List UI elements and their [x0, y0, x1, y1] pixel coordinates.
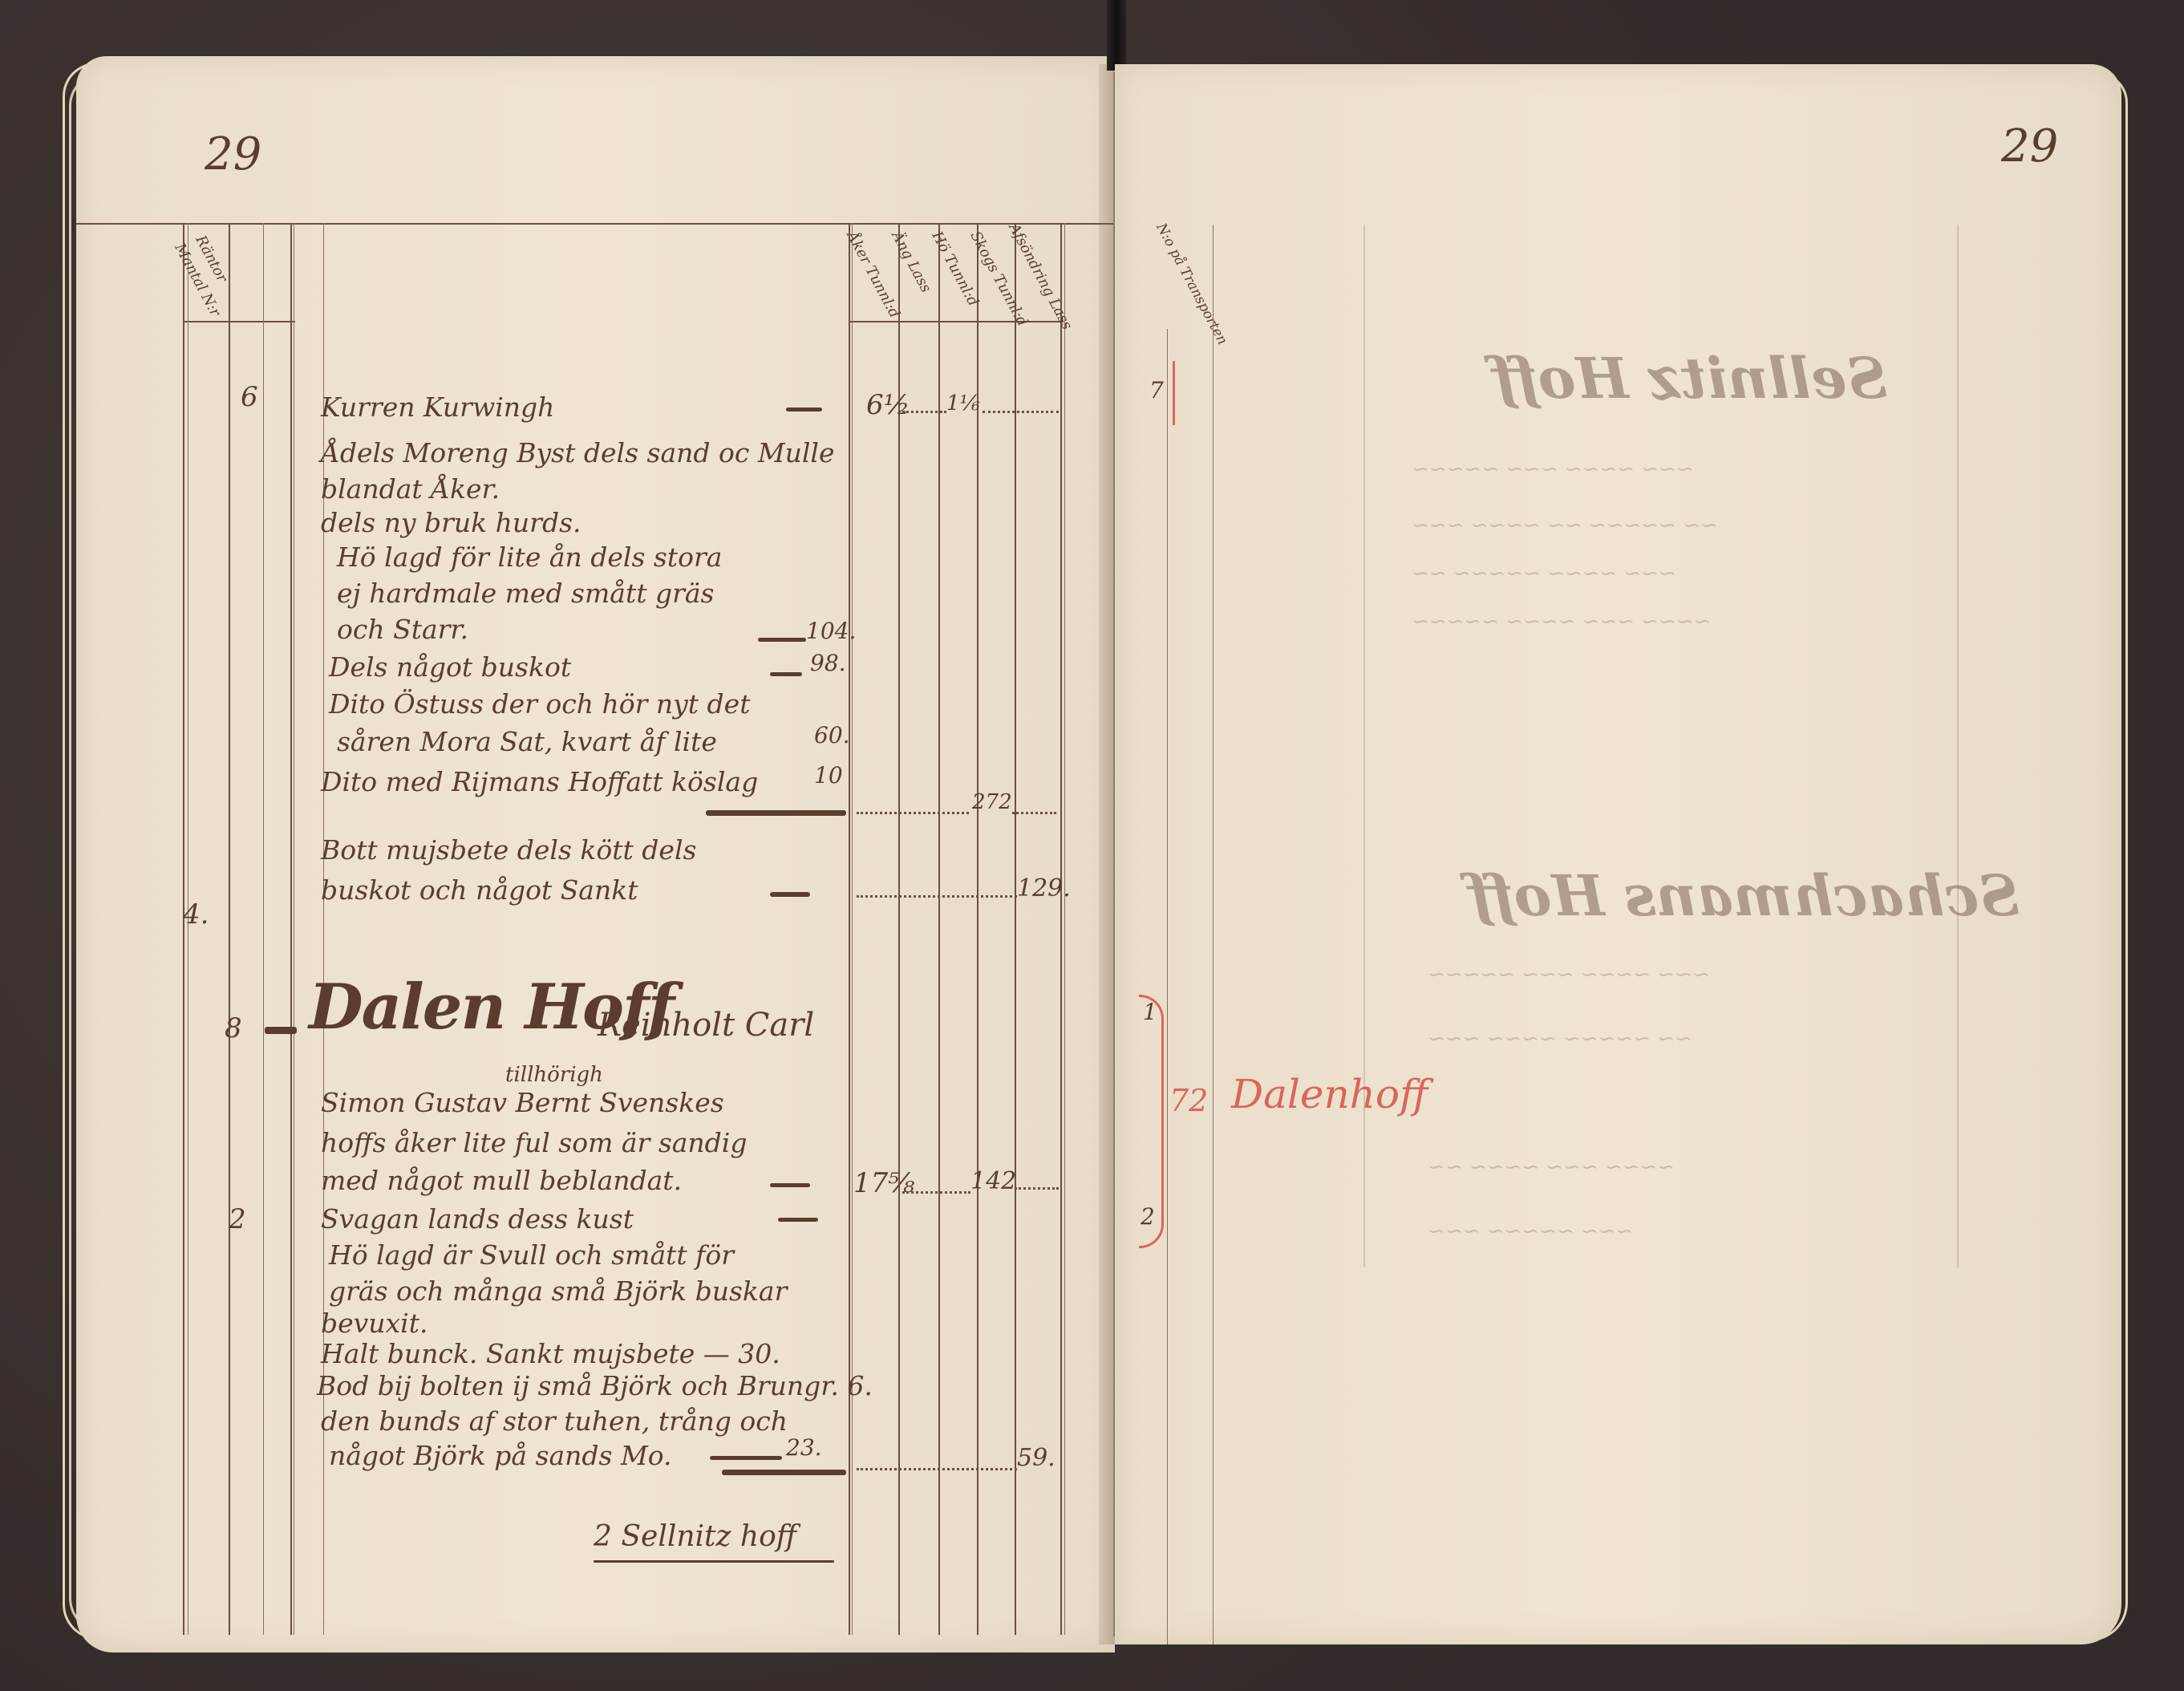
- entry-line: hoffs åker lite ful som är sandig: [321, 1127, 747, 1158]
- offset-text: ~~~~ ~~~ ~~~~ ~~~~~: [1412, 610, 1711, 634]
- col-value-afsondring: 59.: [1017, 1444, 1056, 1472]
- entry-line: Halt bunck. Sankt mujsbete — 30.: [321, 1338, 780, 1369]
- line-amount: 60.: [814, 722, 850, 748]
- sum-underline: [706, 810, 846, 816]
- entry-line: den bunds af stor tuhen, trång och: [321, 1405, 788, 1437]
- red-total-number: 72: [1169, 1083, 1208, 1118]
- line-amount: 104.: [806, 618, 856, 644]
- dotted-leader: [983, 411, 1059, 413]
- offset-text: ~~~ ~~~~ ~~~ ~~~~~: [1428, 963, 1710, 987]
- line-amount: 98.: [810, 650, 846, 676]
- dotted-leader: [1015, 1187, 1059, 1190]
- entry-line: Svagan lands dess kust: [321, 1203, 634, 1235]
- transport-number: 7: [1149, 377, 1164, 403]
- right-margin-rule-2: [1213, 225, 1214, 1644]
- entry-line: Hö lagd är Svull och smått för: [329, 1239, 734, 1271]
- col-value-aker: 17⅝: [853, 1167, 914, 1199]
- owner-note: tillhörigh: [505, 1063, 603, 1087]
- dotted-leader: [1012, 812, 1056, 814]
- red-tick-mark: [1173, 361, 1175, 425]
- entry-line: Bod bij bolten ij små Björk och Brungr. …: [317, 1370, 873, 1401]
- dash-mark: [786, 408, 822, 412]
- margin-rule-3: [263, 223, 264, 1635]
- dash-mark: [770, 1183, 810, 1187]
- amount-col-rule-1b: [852, 223, 853, 1635]
- entry-line: Dels något buskot: [329, 651, 571, 683]
- right-page: [1115, 64, 2121, 1644]
- entry-margin-number: 8: [225, 1012, 242, 1044]
- offset-heading-1: Sellnitz Hoff: [1492, 345, 1887, 412]
- entry-line: Kurren Kurwingh: [321, 391, 554, 423]
- owner-name: Reinholt Carl: [598, 1007, 814, 1044]
- catchword-underline: [594, 1560, 834, 1563]
- entry-margin-number: 6: [241, 381, 258, 413]
- amount-col-rule-6: [1060, 223, 1062, 1635]
- entry-line: Dito Östuss der och hör nyt det: [329, 688, 750, 720]
- col-value-aker: 6½: [866, 389, 910, 421]
- entry-line: Ådels Moreng Byst dels sand oc Mulle: [321, 437, 835, 468]
- entry-line: med något mull beblandat.: [321, 1165, 682, 1196]
- amount-col-rule-1: [849, 223, 850, 1635]
- entry-line: och Starr.: [337, 614, 468, 645]
- amount-col-rule-2: [898, 223, 900, 1635]
- offset-text: ~~~ ~~~~~ ~~~: [1428, 1219, 1633, 1243]
- entry-line: Bott mujsbete dels kött dels: [321, 834, 696, 866]
- amount-col-rule-6b: [1064, 223, 1065, 1635]
- right-margin-rule-1: [1167, 329, 1168, 1644]
- dash-mark: [778, 1218, 818, 1222]
- binding-spine: [1107, 0, 1126, 71]
- dotted-leader: [902, 1191, 970, 1194]
- col-value-ho: 1⅙: [946, 391, 980, 416]
- red-brace: [1139, 995, 1164, 1248]
- amount-header-rule: [849, 321, 1064, 322]
- entry-line: buskot och något Sankt: [321, 874, 638, 906]
- red-farm-label: Dalenhoff: [1231, 1071, 1428, 1117]
- dash-mark: [710, 1456, 782, 1460]
- amount-col-rule-5: [1015, 223, 1016, 1635]
- book-spread: 29 Räntor Mantal N:r Åker Tunnl:d Äng La…: [0, 0, 2184, 1691]
- dash-mark: [758, 638, 806, 642]
- dotted-leader: [902, 411, 946, 413]
- right-page-number: 29: [2001, 120, 2058, 172]
- amount-col-rule-4: [977, 223, 979, 1635]
- offset-text: ~~~~ ~~~ ~~~~ ~~: [1428, 1155, 1675, 1179]
- entry-line: dels ny bruk hurds.: [321, 507, 581, 538]
- margin-rule-4: [290, 223, 292, 1635]
- entry-line: något Björk på sands Mo.: [329, 1440, 672, 1471]
- entry-line: ej hardmale med smått gräs: [337, 578, 714, 609]
- col-value-afsondring: 129.: [1017, 874, 1071, 902]
- dotted-leader: [857, 812, 969, 814]
- entry-line: Dito med Rijmans Hoffatt köslag: [321, 766, 758, 797]
- entry-line: Hö lagd för lite ån dels stora: [337, 541, 722, 573]
- offset-text: ~~~ ~~~~ ~~~ ~~~~~: [1412, 457, 1694, 481]
- offset-text: ~~ ~~~~~ ~~~~ ~~~: [1428, 1027, 1692, 1051]
- left-page-number: 29: [205, 128, 261, 180]
- margin-header-rule: [183, 321, 295, 322]
- dash-mark: [770, 892, 810, 897]
- line-amount: 23.: [786, 1434, 822, 1461]
- heading-mark: [265, 1027, 297, 1034]
- margin-rule-4b: [294, 223, 294, 1635]
- dotted-leader: [857, 1468, 1017, 1470]
- amount-col-rule-3: [938, 223, 940, 1635]
- sum-underline: [722, 1470, 846, 1475]
- dotted-leader: [857, 895, 1017, 898]
- entry-margin-number: 4.: [183, 898, 209, 931]
- dash-mark: [770, 672, 802, 676]
- catchword: 2 Sellnitz hoff: [594, 1520, 796, 1553]
- header-rule-top: [76, 223, 1115, 225]
- entry-margin-number: 2: [229, 1203, 246, 1235]
- entry-line: Simon Gustav Bernt Svenskes: [321, 1087, 724, 1118]
- entry-line: gräs och många små Björk buskar: [329, 1275, 787, 1307]
- entry-line: såren Mora Sat, kvart åf lite: [337, 726, 717, 757]
- margin-rule-2: [229, 223, 230, 1635]
- offset-text: ~~ ~~~~~ ~~ ~~~~ ~~~: [1412, 513, 1718, 537]
- entry-line: blandat Åker.: [321, 473, 500, 505]
- offset-text: ~~~ ~~~~ ~~~~~ ~~: [1412, 562, 1676, 586]
- col-value-skog: 142: [970, 1167, 1016, 1195]
- line-amount: 10: [814, 762, 843, 789]
- offset-heading-2: Schachmans Hoff: [1468, 862, 2020, 929]
- offset-rule: [1957, 225, 1959, 1267]
- col-value-skog: 272: [972, 790, 1012, 814]
- entry-line: bevuxit.: [321, 1308, 427, 1339]
- offset-rule: [1363, 225, 1365, 1267]
